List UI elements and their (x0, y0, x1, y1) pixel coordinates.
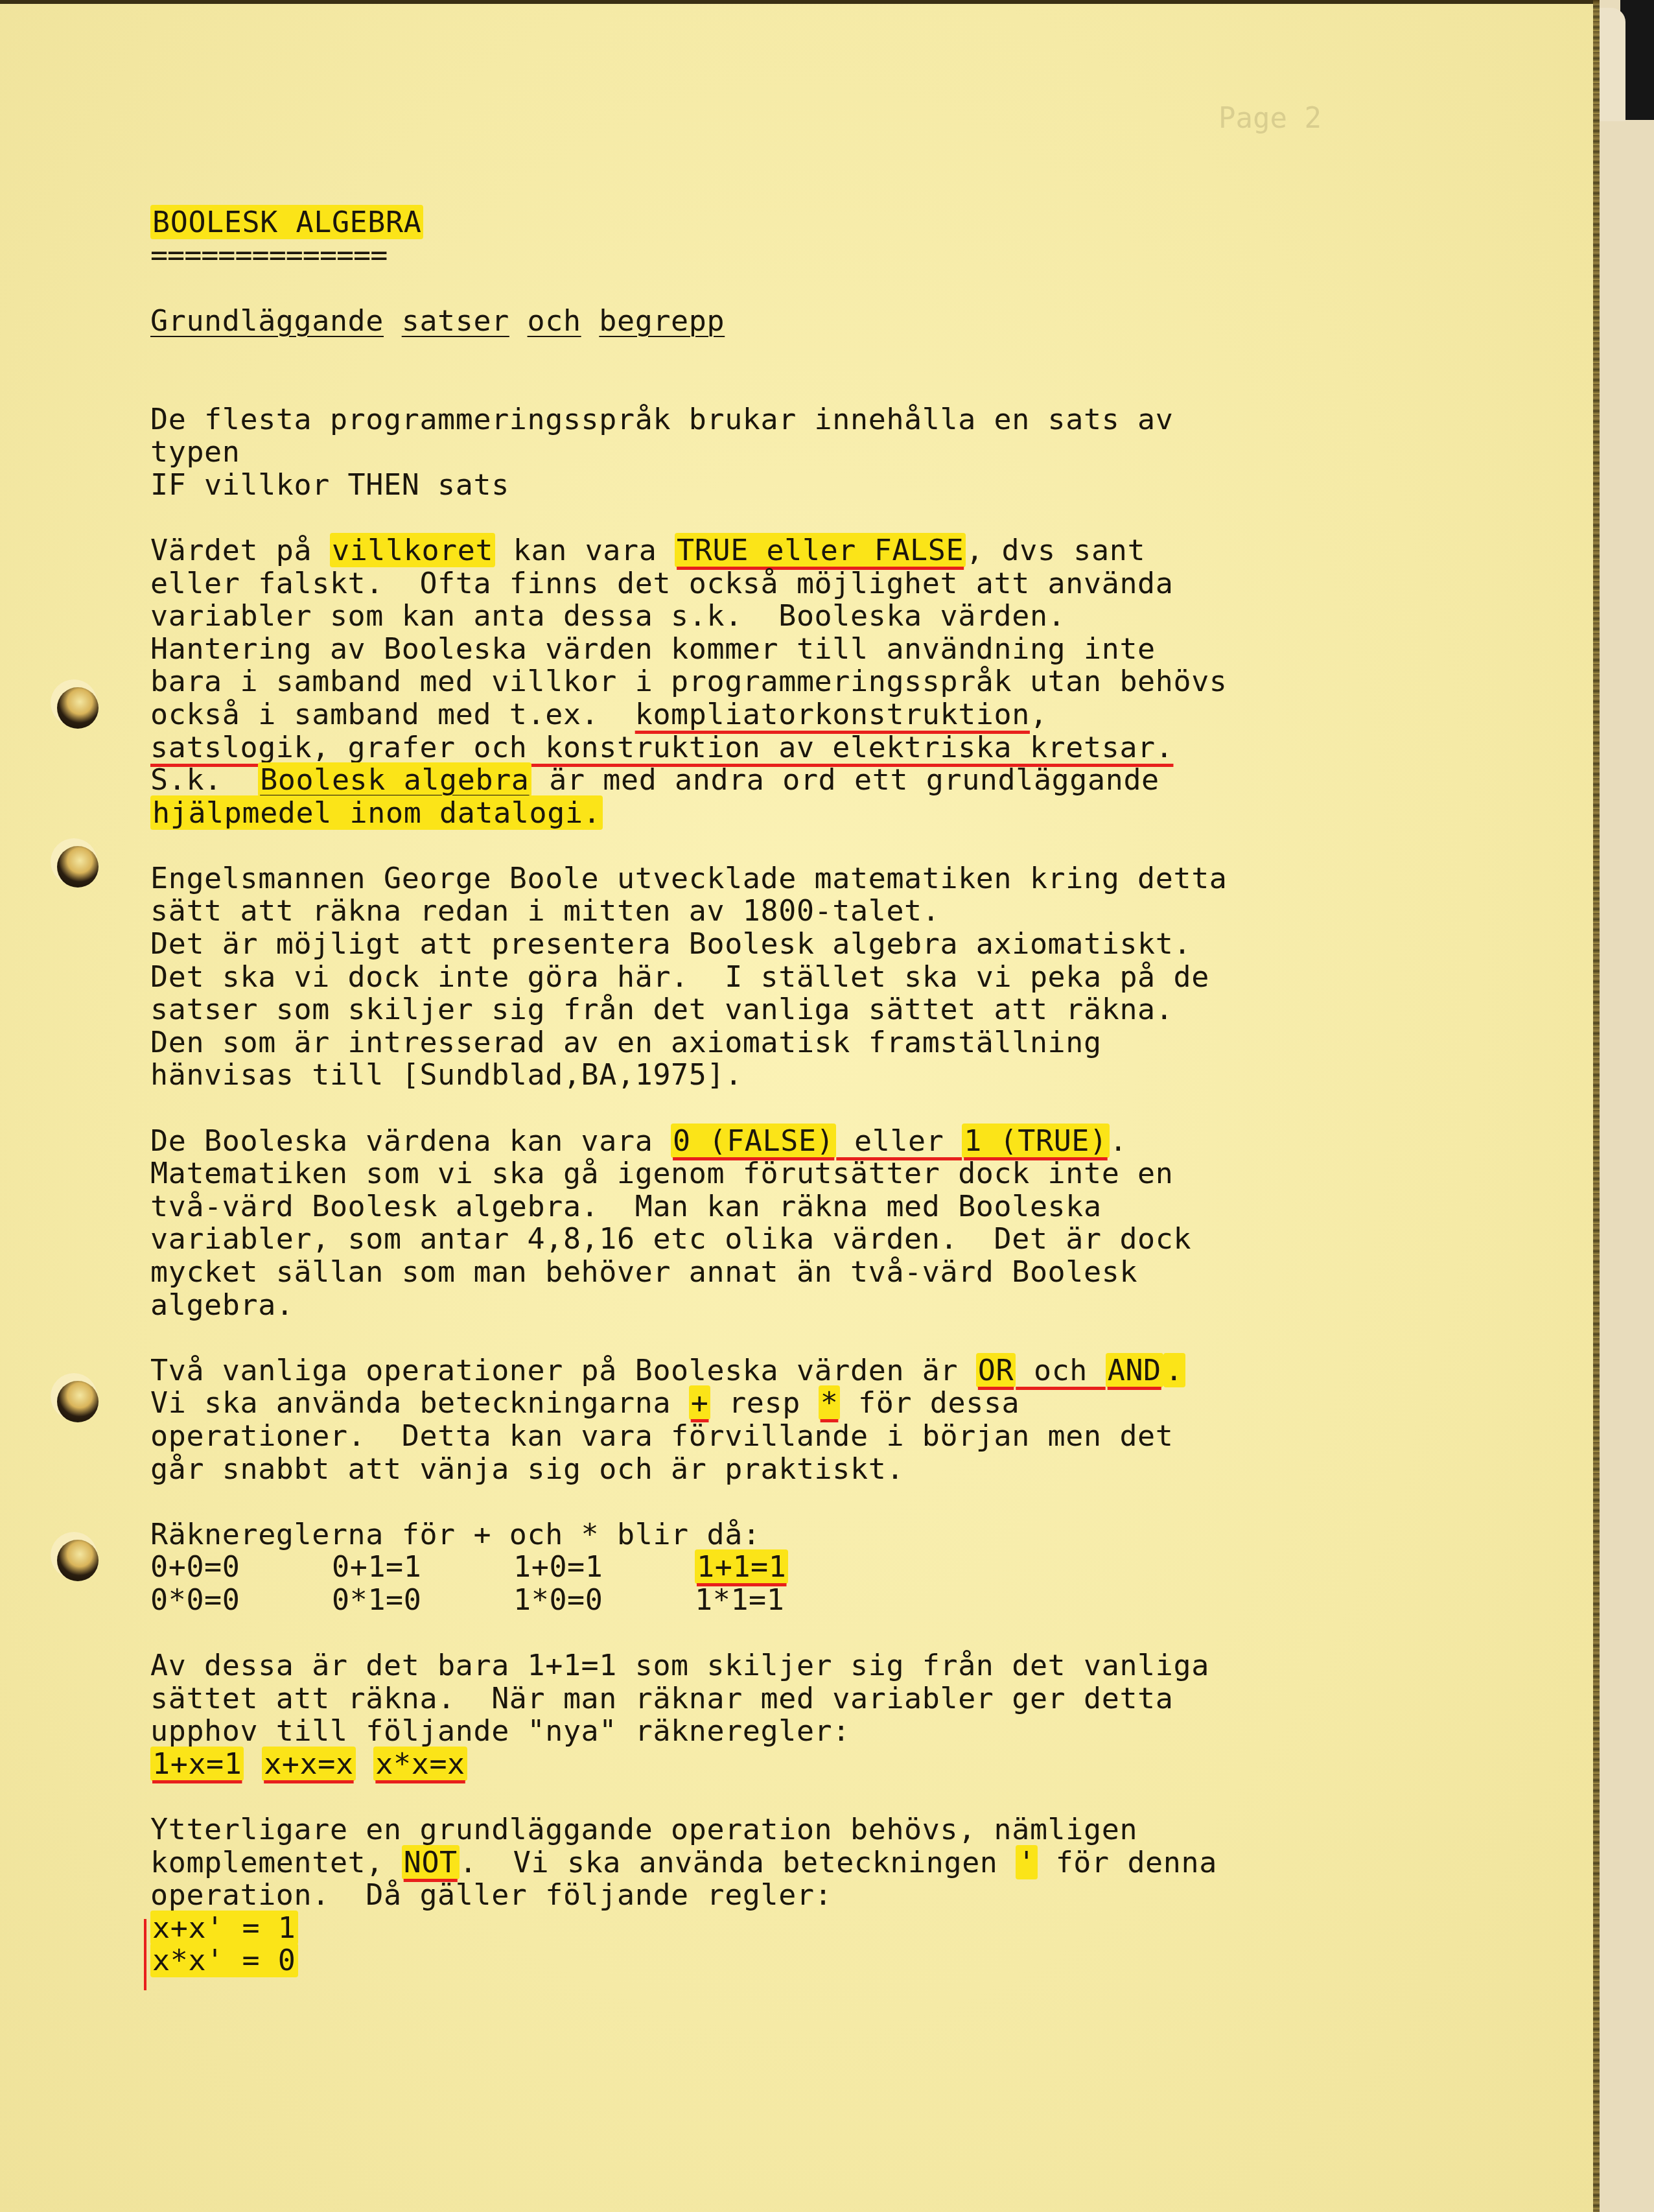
text-span: x*x=x (373, 1747, 467, 1781)
text-span: De Booleska värdena kan vara (150, 1124, 671, 1158)
text-line: x+x' = 1 (150, 1912, 1524, 1945)
text-span: Två vanliga operationer på Booleska värd… (150, 1353, 976, 1387)
text-line: Vi ska använda beteckningarna + resp * f… (150, 1387, 1524, 1420)
background-strip (1600, 0, 1654, 2212)
text-line: variabler som kan anta dessa s.k. Booles… (150, 600, 1524, 633)
paragraph-boolean-values: Värdet på villkoret kan vara TRUE eller … (150, 534, 1524, 829)
text-line: De flesta programmeringsspråk brukar inn… (150, 403, 1524, 436)
binder-hole-icon (57, 1540, 99, 1581)
text-span: eller (836, 1124, 962, 1158)
text-line: operation. Då gäller följande regler: (150, 1879, 1524, 1912)
text-span: för denna (1038, 1845, 1217, 1879)
text-span: kompliatorkonstruktion (635, 697, 1030, 731)
paragraph-george-boole: Engelsmannen George Boole utvecklade mat… (150, 862, 1524, 1092)
text-span: 1+1=1 (695, 1549, 788, 1584)
text-line: Hantering av Booleska värden kommer till… (150, 633, 1524, 666)
background-tab (1600, 8, 1625, 121)
text-span: . (1110, 1124, 1128, 1158)
text-span: . Vi ska använda beteckningen (460, 1845, 1016, 1879)
text-span: för dessa (840, 1385, 1019, 1420)
document-body: BOOLESK ALGEBRA ============== Grundlägg… (150, 206, 1524, 1977)
text-span: satser (402, 303, 509, 338)
paragraph-complement: Ytterligare en grundläggande operation b… (150, 1813, 1524, 1977)
paragraph-arithmetic-rules: Räknereglerna för + och * blir då: 0+0=0… (150, 1518, 1524, 1617)
text-line: algebra. (150, 1289, 1524, 1322)
text-span: 1 (TRUE) (962, 1124, 1110, 1158)
text-line: hjälpmedel inom datalogi. (150, 797, 1524, 830)
text-line: Två vanliga operationer på Booleska värd… (150, 1354, 1524, 1387)
text-line: 1+x=1 x+x=x x*x=x (150, 1748, 1524, 1781)
text-line: Den som är intresserad av en axiomatisk … (150, 1026, 1524, 1059)
text-line: sättet att räkna. När man räknar med var… (150, 1682, 1524, 1715)
text-line: Ytterligare en grundläggande operation b… (150, 1813, 1524, 1846)
text-line: Det är möjligt att presentera Boolesk al… (150, 928, 1524, 961)
text-span: 1*0=0 (513, 1584, 695, 1617)
paragraph-new-rules: Av dessa är det bara 1+1=1 som skiljer s… (150, 1649, 1524, 1780)
text-span: och (1016, 1353, 1105, 1387)
text-span: kan vara (495, 533, 675, 567)
text-span: x*x' = 0 (150, 1943, 298, 1977)
page-top-edge (0, 0, 1600, 4)
text-span: satslogik, grafer och konstruktion av el… (150, 730, 1173, 764)
title-rule: ============== (150, 239, 1524, 272)
times-rules-row: 0*0=0 0*1=0 1*0=0 1*1=1 (150, 1584, 1524, 1617)
text-span: AND (1106, 1353, 1163, 1387)
binder-hole-icon (57, 1381, 99, 1422)
text-line: operationer. Detta kan vara förvillande … (150, 1420, 1524, 1453)
text-span (150, 1092, 1524, 1125)
text-span (150, 1321, 1524, 1354)
text-span: 1+0=1 (513, 1551, 695, 1584)
text-span: Grundläggande (150, 303, 384, 338)
text-line: satser som skiljer sig från det vanliga … (150, 993, 1524, 1026)
title: BOOLESK ALGEBRA (150, 206, 1524, 239)
text-span: komplementet, (150, 1845, 402, 1879)
binder-hole-icon (57, 846, 99, 888)
text-line: bara i samband med villkor i programmeri… (150, 665, 1524, 698)
margin-mark (144, 1919, 146, 1990)
text-span: Boolesk algebra (258, 762, 531, 797)
text-span: NOT (402, 1845, 460, 1879)
text-span: 0+1=1 (332, 1551, 513, 1584)
text-span: 0+0=0 (150, 1551, 332, 1584)
text-span: villkoret (330, 533, 495, 567)
text-line: variabler, som antar 4,8,16 etc olika vä… (150, 1223, 1524, 1256)
text-span: 0 (FALSE) (671, 1124, 836, 1158)
text-line: x*x' = 0 (150, 1944, 1524, 1977)
text-span: 0*1=0 (332, 1584, 513, 1617)
text-line: Av dessa är det bara 1+1=1 som skiljer s… (150, 1649, 1524, 1682)
text-span: TRUE eller FALSE (675, 533, 966, 567)
text-line: IF villkor THEN sats (150, 469, 1524, 502)
text-line: hänvisas till [Sundblad,BA,1975]. (150, 1059, 1524, 1092)
text-span: 1+x=1 (150, 1747, 244, 1781)
text-line: Matematiken som vi ska gå igenom förutsä… (150, 1157, 1524, 1190)
text-line: satslogik, grafer och konstruktion av el… (150, 731, 1524, 764)
text-span: OR (976, 1353, 1016, 1387)
text-span: 1+1=1 (695, 1551, 837, 1584)
text-span: Värdet på (150, 533, 330, 567)
text-span (150, 1485, 1524, 1518)
text-line: går snabbt att vänja sig och är praktisk… (150, 1453, 1524, 1486)
text-span: Vi ska använda beteckningarna (150, 1385, 689, 1420)
text-span: hjälpmedel inom datalogi. (150, 795, 603, 830)
text-line: De Booleska värdena kan vara 0 (FALSE) e… (150, 1125, 1524, 1158)
text-span: och (528, 303, 581, 338)
text-line: mycket sällan som man behöver annat än t… (150, 1256, 1524, 1289)
paragraph-operations: Två vanliga operationer på Booleska värd… (150, 1354, 1524, 1485)
text-line: S.k. Boolesk algebra är med andra ord et… (150, 764, 1524, 797)
text-span: + (689, 1385, 711, 1420)
text-line: upphov till följande "nya" räkneregler: (150, 1715, 1524, 1748)
text-line: Engelsmannen George Boole utvecklade mat… (150, 862, 1524, 895)
text-span: ' (1016, 1845, 1038, 1879)
text-span: . (1163, 1353, 1185, 1387)
text-span: S.k. (150, 762, 258, 797)
paragraph-boolean-values-01: De Booleska värdena kan vara 0 (FALSE) e… (150, 1125, 1524, 1322)
text-span: * (819, 1385, 841, 1420)
text-line: två-värd Boolesk algebra. Man kan räkna … (150, 1190, 1524, 1223)
text-span: , (1030, 697, 1048, 731)
text-span (150, 829, 1524, 862)
text-span: begrepp (599, 303, 725, 338)
page-right-edge (1593, 0, 1600, 2212)
text-span (150, 370, 1524, 403)
plus-rules-row: 0+0=0 0+1=1 1+0=1 1+1=1 (150, 1551, 1524, 1584)
text-line: också i samband med t.ex. kompliatorkons… (150, 698, 1524, 731)
binder-hole-icon (57, 687, 99, 729)
text-span (150, 1781, 1524, 1814)
text-line: Det ska vi dock inte göra här. I stället… (150, 961, 1524, 994)
text-line: Värdet på villkoret kan vara TRUE eller … (150, 534, 1524, 567)
subtitle: Grundläggande satser och begrepp (150, 305, 1524, 338)
text-line: komplementet, NOT. Vi ska använda beteck… (150, 1846, 1524, 1879)
text-span (150, 501, 1524, 534)
text-line: eller falskt. Ofta finns det också möjli… (150, 567, 1524, 600)
text-span: x+x=x (262, 1747, 355, 1781)
text-span: är med andra ord ett grundläggande (531, 762, 1159, 797)
show-through-page-number: Page 2 (1218, 102, 1322, 135)
text-span: resp (710, 1385, 818, 1420)
text-line: sätt att räkna redan i mitten av 1800-ta… (150, 895, 1524, 928)
text-span: 1*1=1 (695, 1584, 837, 1617)
text-span (150, 1617, 1524, 1650)
text-span: 0*0=0 (150, 1584, 332, 1617)
paragraph-intro: De flesta programmeringsspråk brukar inn… (150, 403, 1524, 502)
text-span: också i samband med t.ex. (150, 697, 635, 731)
text-span: x+x' = 1 (150, 1911, 298, 1945)
text-span (150, 337, 1524, 370)
text-line: typen (150, 436, 1524, 469)
text-span (150, 272, 1524, 305)
text-span: BOOLESK ALGEBRA (150, 205, 423, 239)
text-span: , dvs sant (966, 533, 1145, 567)
text-line: Räknereglerna för + och * blir då: (150, 1518, 1524, 1551)
